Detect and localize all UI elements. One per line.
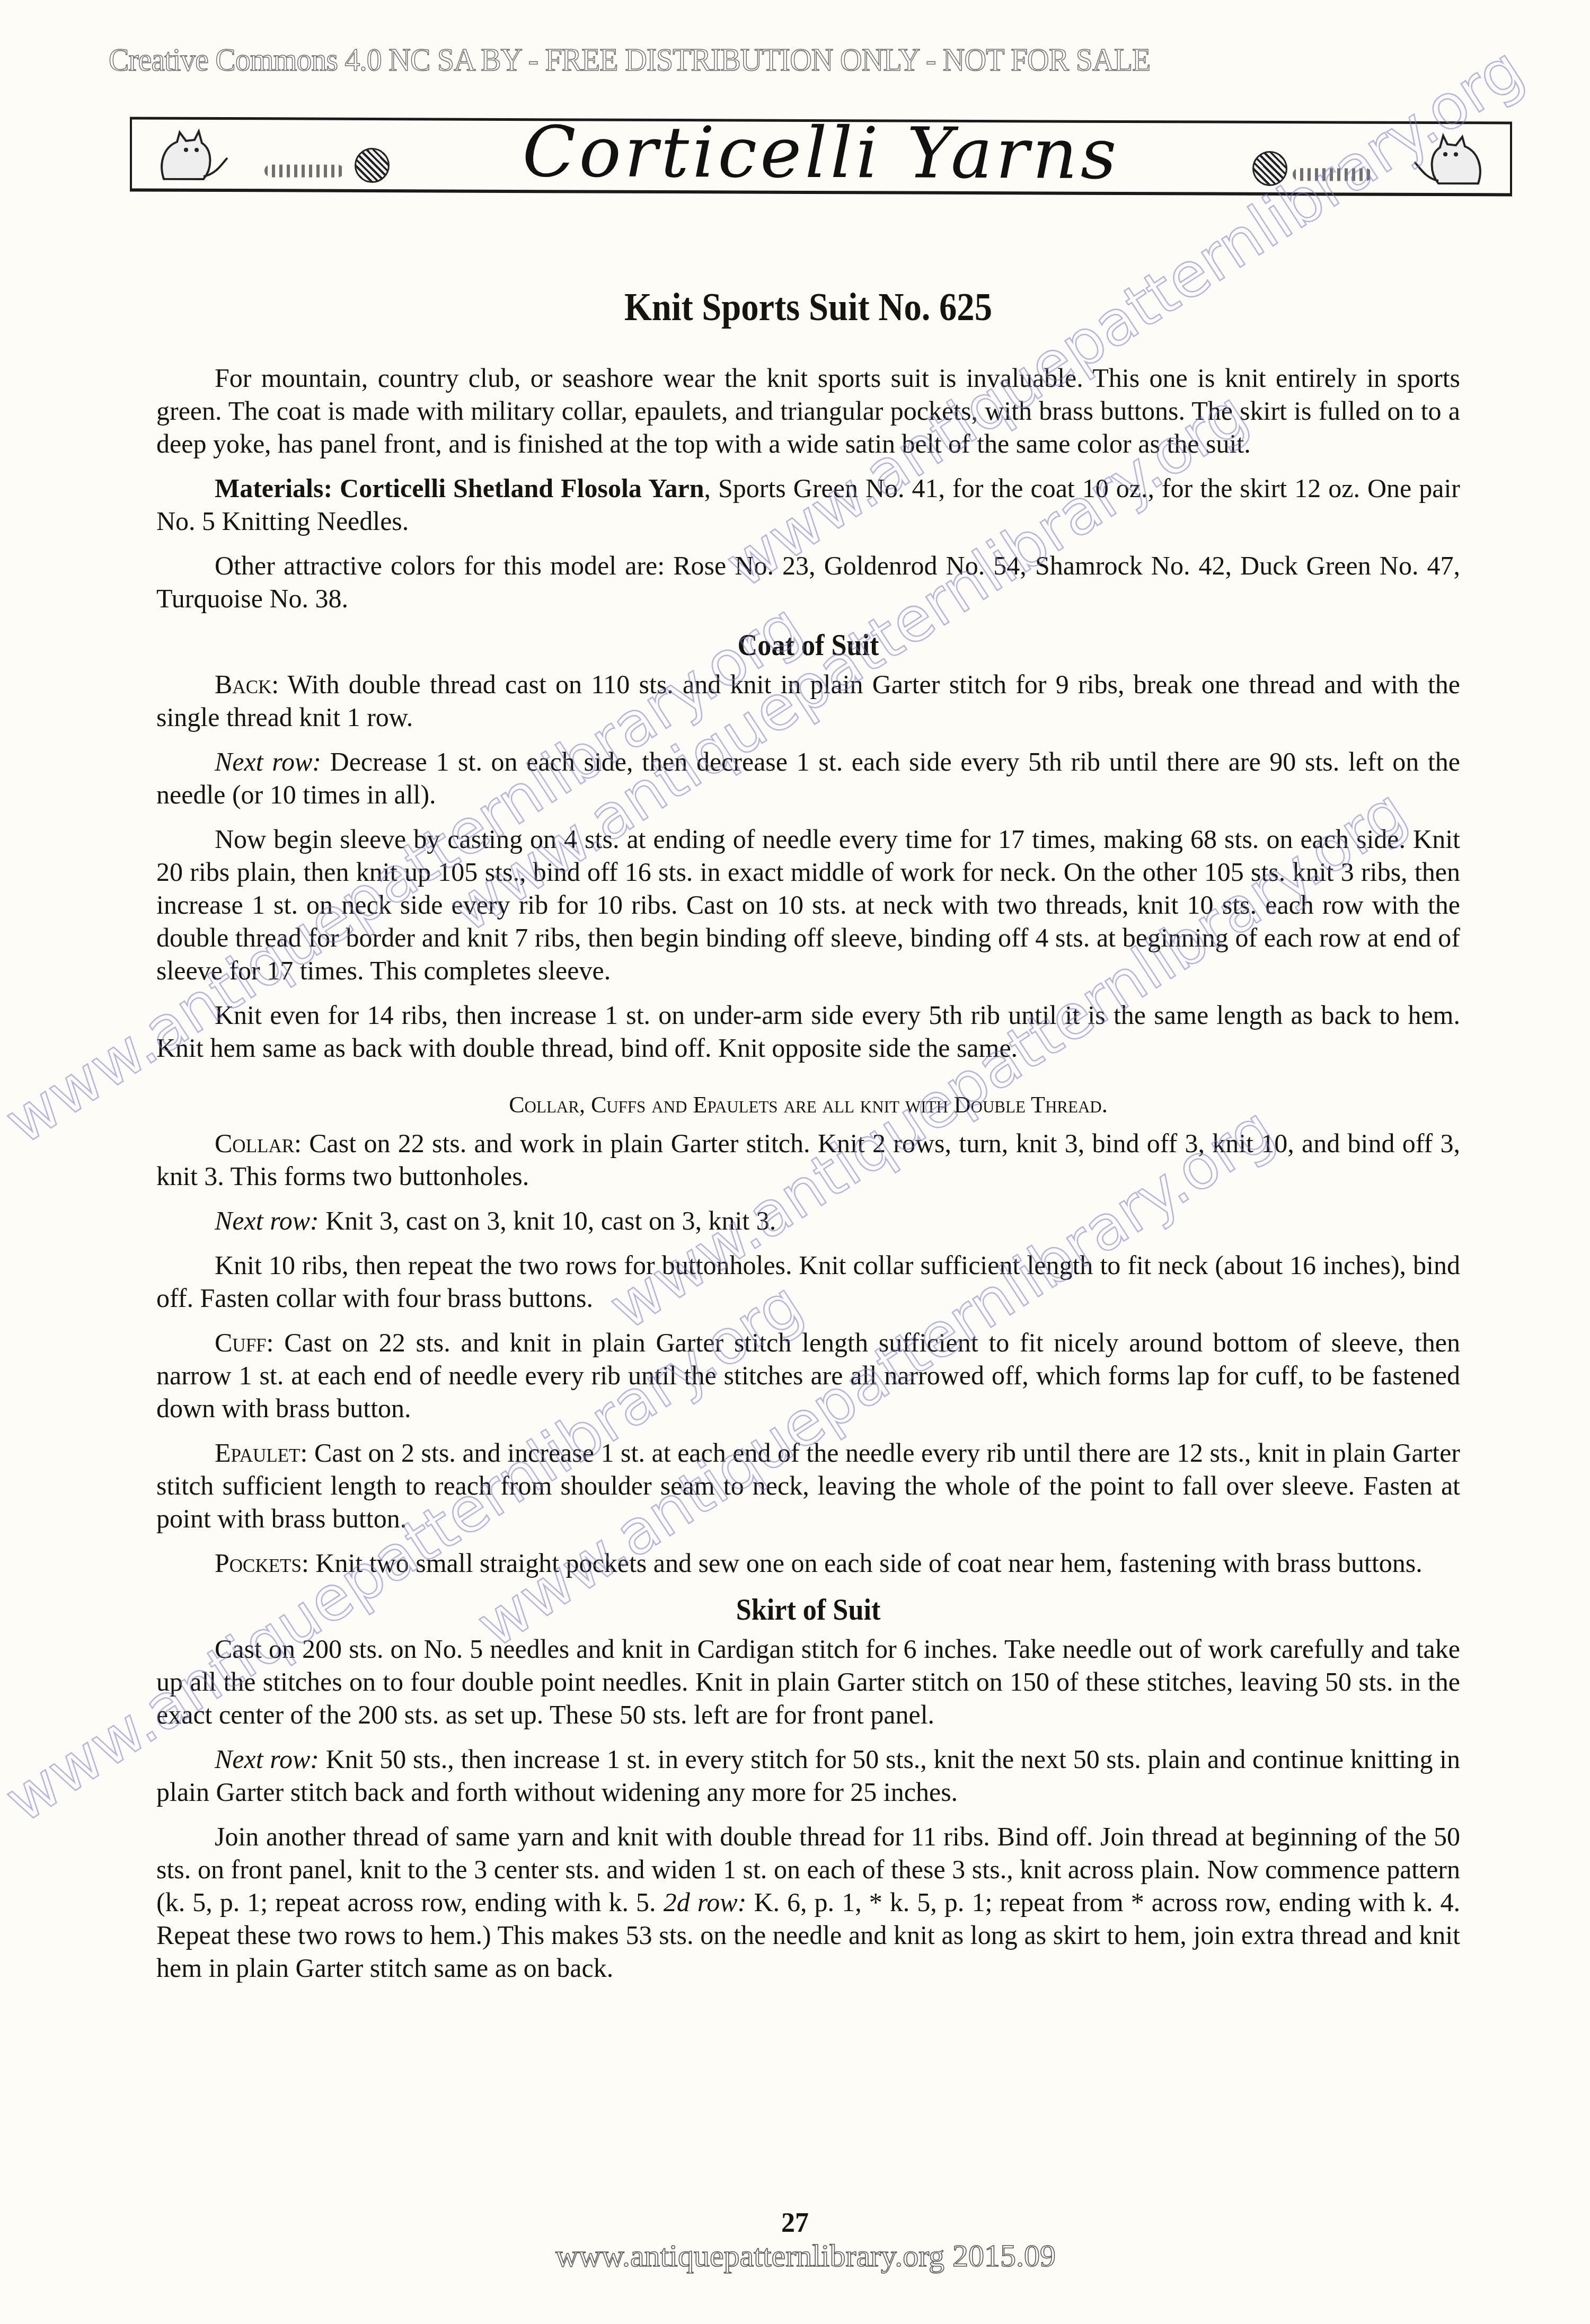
collar-label: Collar: — [215, 1128, 302, 1158]
brand-header-banner: Corticelli Yarns — [130, 117, 1512, 196]
skirt-next-row-label: Next row: — [215, 1744, 319, 1774]
second-row-label: 2d row: — [664, 1887, 747, 1917]
pockets-text: Knit two small straight pockets and sew … — [309, 1548, 1423, 1578]
brand-title: Corticelli Yarns — [132, 110, 1510, 196]
collar-paragraph: Collar: Cast on 22 sts. and work in plai… — [156, 1127, 1460, 1192]
collar-next-row-label: Next row: — [215, 1206, 319, 1235]
next-row-paragraph: Next row: Decrease 1 st. on each side, t… — [156, 745, 1460, 811]
epaulet-label: Epaulet: — [215, 1438, 307, 1468]
collar-text: Cast on 22 sts. and work in plain Garter… — [156, 1128, 1460, 1191]
kitten-icon — [1409, 130, 1489, 189]
epaulet-paragraph: Epaulet: Cast on 2 sts. and increase 1 s… — [156, 1436, 1460, 1535]
knit-even-paragraph: Knit even for 14 ribs, then increase 1 s… — [156, 998, 1460, 1064]
skirt-next-row-paragraph: Next row: Knit 50 sts., then increase 1 … — [156, 1743, 1460, 1808]
epaulet-text: Cast on 2 sts. and increase 1 st. at eac… — [156, 1438, 1460, 1533]
double-thread-note: Collar, Cuffs and Epaulets are all knit … — [156, 1089, 1460, 1121]
pattern-document: Knit Sports Suit No. 625 For mountain, c… — [156, 286, 1460, 1996]
other-colors-paragraph: Other attractive colors for this model a… — [156, 549, 1460, 615]
materials-paragraph: Materials: Corticelli Shetland Flosola Y… — [156, 472, 1460, 537]
intro-paragraph: For mountain, country club, or seashore … — [156, 361, 1460, 460]
sleeve-paragraph: Now begin sleeve by casting on 4 sts. at… — [156, 823, 1460, 987]
skirt-next-row-text: Knit 50 sts., then increase 1 st. in eve… — [156, 1744, 1460, 1807]
back-text: With double thread cast on 110 sts. and … — [156, 669, 1460, 732]
yarn-strand-decoration — [1293, 168, 1372, 181]
footer-url: www.antiquepatternlibrary.org 2015.09 — [0, 2238, 1590, 2274]
next-row-text: Decrease 1 st. on each side, then decrea… — [156, 747, 1460, 809]
skirt-join-paragraph: Join another thread of same yarn and kni… — [156, 1820, 1460, 1984]
collar-finish-paragraph: Knit 10 ribs, then repeat the two rows f… — [156, 1249, 1460, 1314]
back-label: Back: — [215, 669, 279, 699]
page-number: 27 — [0, 2207, 1590, 2239]
skirt-heading: Skirt of Suit — [222, 1591, 1395, 1628]
materials-label: Materials: Corticelli Shetland Flosola Y… — [215, 473, 704, 503]
coat-heading: Coat of Suit — [222, 626, 1395, 664]
pockets-paragraph: Pockets: Knit two small straight pockets… — [156, 1547, 1460, 1579]
next-row-label: Next row: — [215, 747, 321, 776]
cuff-text: Cast on 22 sts. and knit in plain Garter… — [156, 1328, 1460, 1423]
cuff-label: Cuff: — [215, 1328, 273, 1357]
cuff-paragraph: Cuff: Cast on 22 sts. and knit in plain … — [156, 1326, 1460, 1425]
yarn-ball-icon — [1252, 151, 1287, 186]
collar-next-row-text: Knit 3, cast on 3, knit 10, cast on 3, k… — [319, 1206, 776, 1235]
license-banner: Creative Commons 4.0 NC SA BY - FREE DIS… — [109, 41, 1150, 79]
pockets-label: Pockets: — [215, 1548, 309, 1578]
page-title: Knit Sports Suit No. 625 — [222, 286, 1395, 329]
back-paragraph: Back: With double thread cast on 110 sts… — [156, 668, 1460, 734]
collar-next-row-paragraph: Next row: Knit 3, cast on 3, knit 10, ca… — [156, 1204, 1460, 1237]
skirt-cast-on-paragraph: Cast on 200 sts. on No. 5 needles and kn… — [156, 1632, 1460, 1731]
